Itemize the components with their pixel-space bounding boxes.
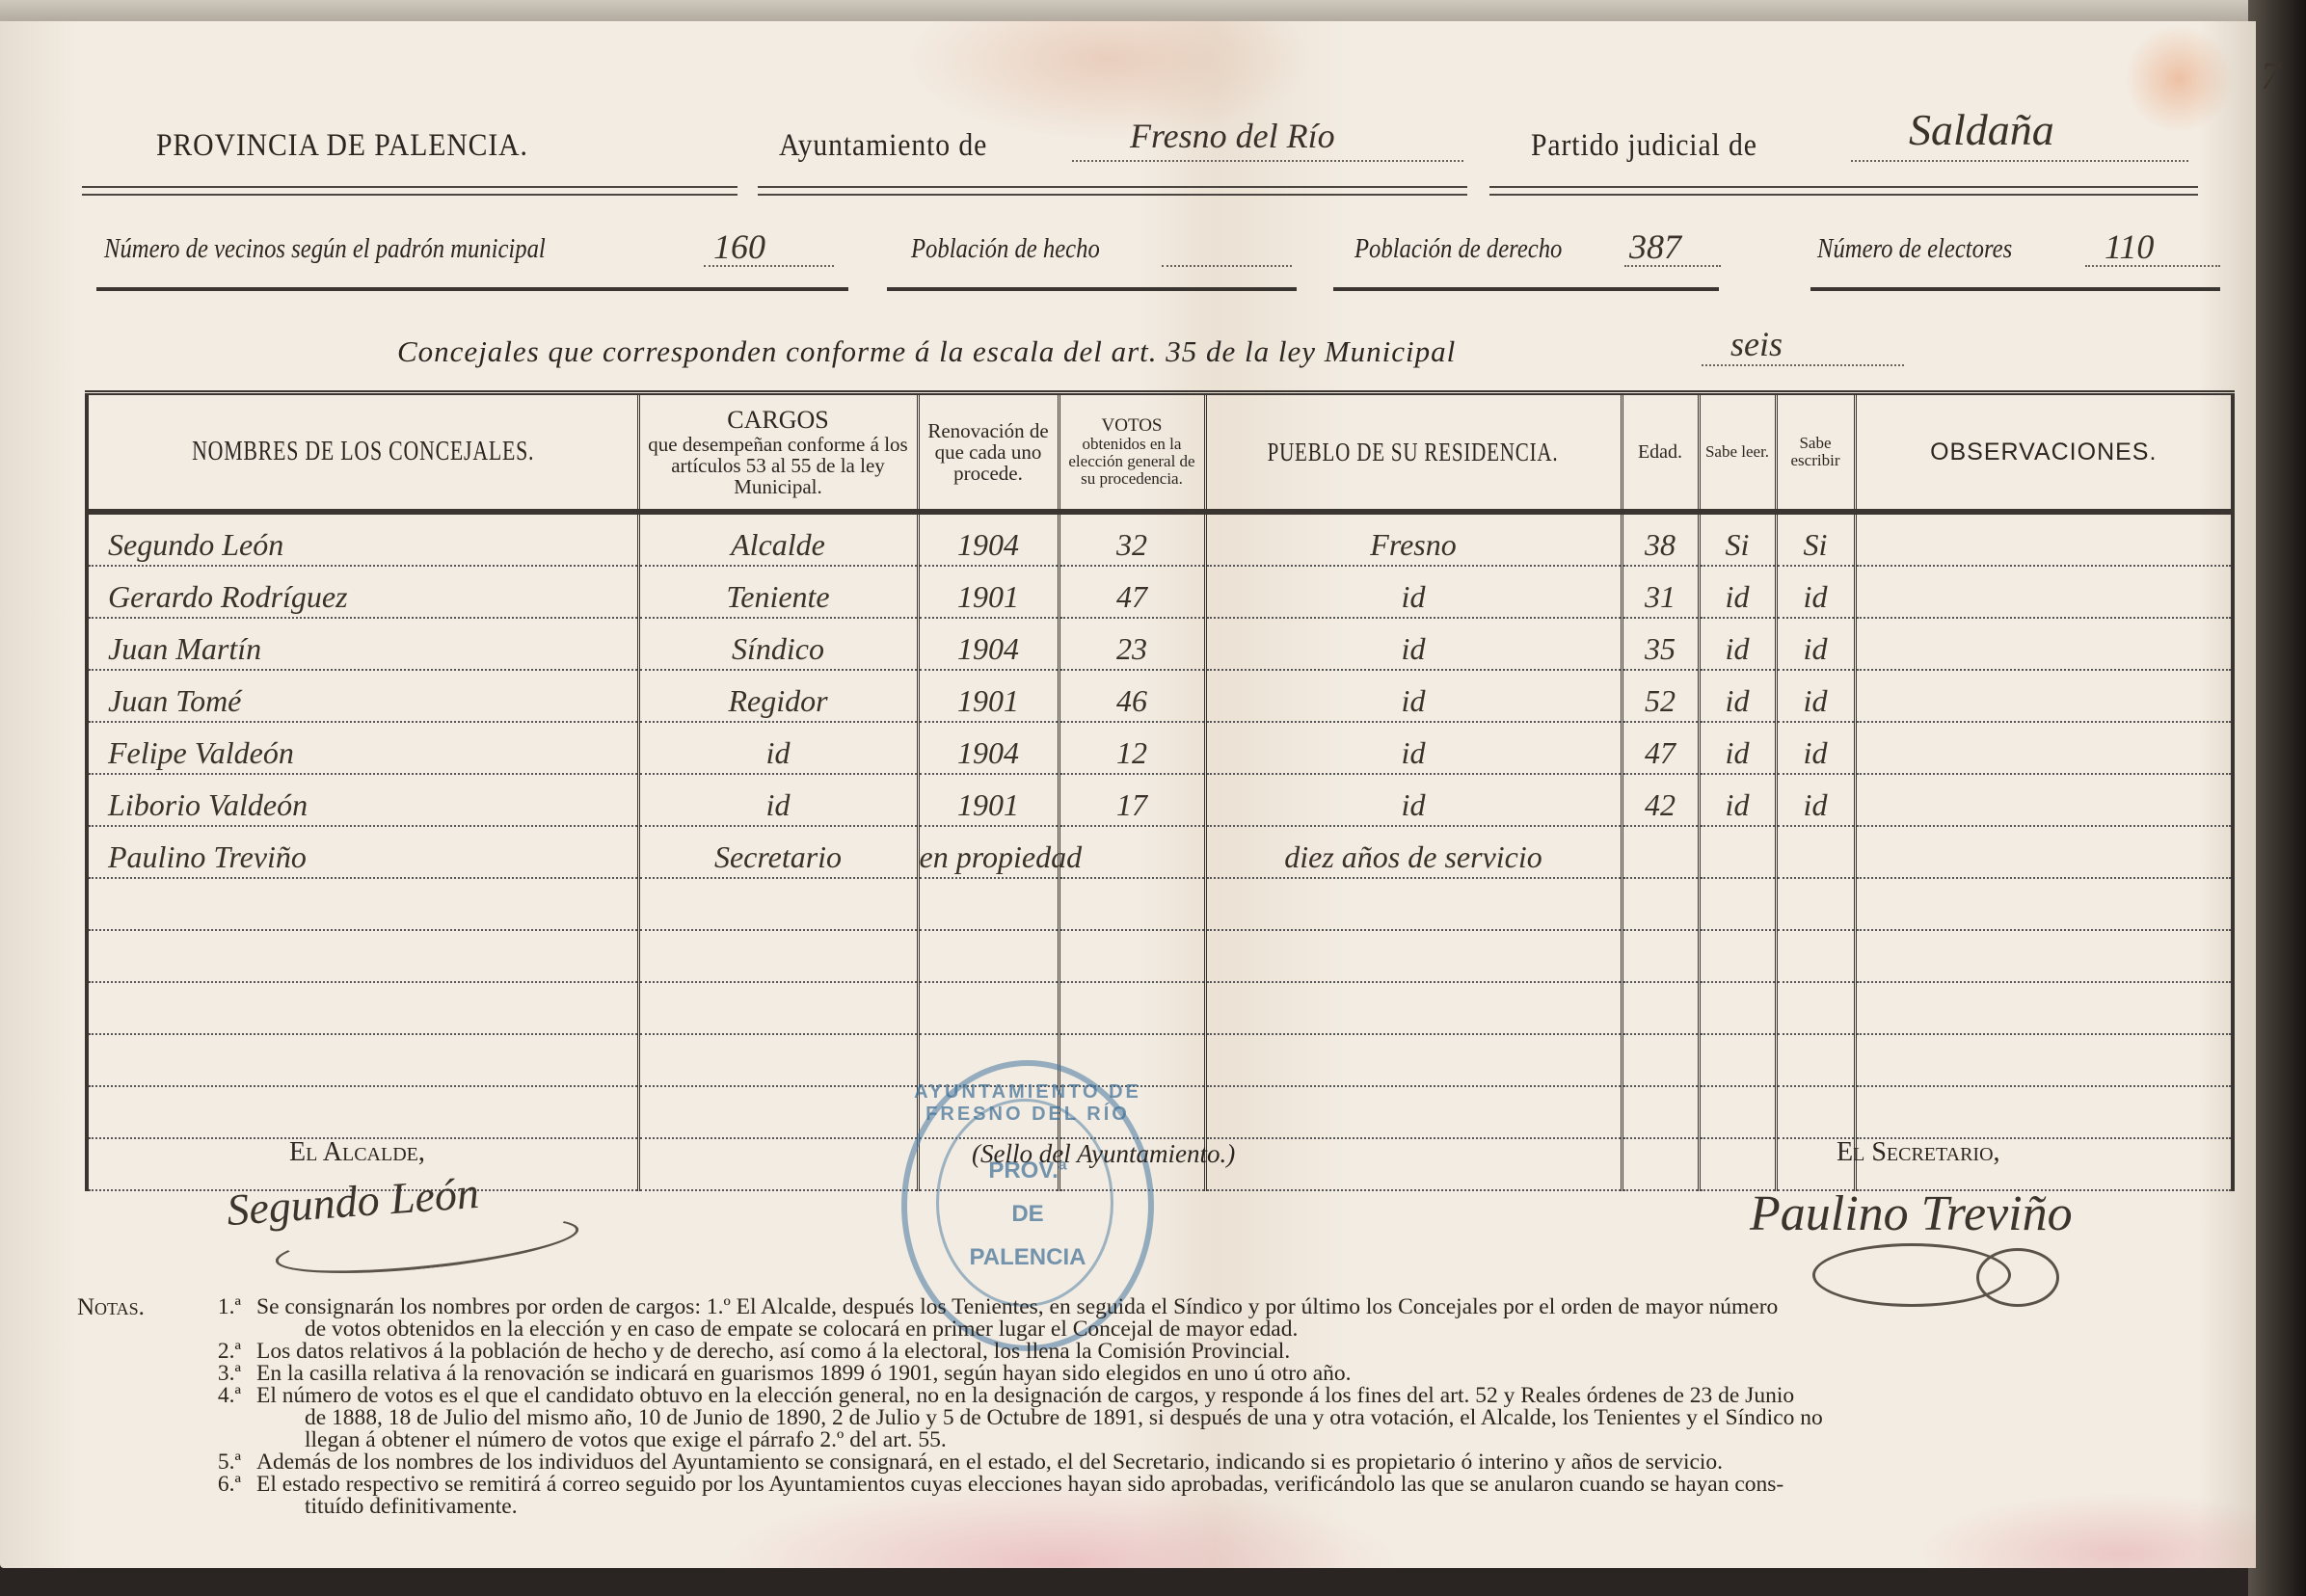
cell-votos[interactable]: 46 — [1059, 670, 1205, 722]
vecinos-label: Número de vecinos según el padrón munici… — [104, 233, 546, 265]
table-row: Juan ToméRegidor190146id52idid — [87, 670, 2233, 722]
hecho-field[interactable] — [1162, 234, 1292, 267]
cell-edad[interactable] — [1622, 878, 1699, 930]
note-line: 2.ªLos datos relativos á la población de… — [77, 1341, 2237, 1363]
table-row: Felipe Valdeónid190412id47idid — [87, 722, 2233, 774]
cell-obs[interactable] — [1855, 774, 2233, 826]
cell-pueblo[interactable] — [1205, 982, 1622, 1034]
note-number: 1.ª — [174, 1296, 256, 1318]
cell-escribir[interactable]: id — [1776, 618, 1855, 670]
cell-escribir[interactable] — [1776, 826, 1855, 878]
cell-escribir[interactable]: Si — [1776, 512, 1855, 566]
note-text: de 1888, 18 de Julio del mismo año, 10 d… — [256, 1407, 2237, 1429]
cell-cargo[interactable]: Síndico — [638, 618, 918, 670]
cell-cargo[interactable]: id — [638, 722, 918, 774]
rule — [758, 186, 1467, 196]
cell-edad[interactable]: 38 — [1622, 512, 1699, 566]
cell-pueblo[interactable]: id — [1205, 774, 1622, 826]
cell-nombre[interactable]: Juan Martín — [87, 618, 638, 670]
electores-value: 110 — [2105, 226, 2154, 267]
note-text: Los datos relativos á la población de he… — [256, 1341, 2237, 1363]
concejales-table: NOMBRES DE LOS CONCEJALES. CARGOS que de… — [85, 390, 2235, 1191]
cell-renovacion[interactable] — [918, 878, 1059, 930]
page-number: 7 — [2261, 53, 2280, 98]
note-text: Además de los nombres de los individuos … — [256, 1451, 2237, 1474]
cell-edad[interactable] — [1622, 1138, 1699, 1190]
rule — [887, 287, 1297, 291]
cell-obs[interactable] — [1855, 618, 2233, 670]
cell-votos[interactable]: 23 — [1059, 618, 1205, 670]
electores-field[interactable]: 110 — [2085, 234, 2220, 267]
cell-nombre[interactable]: Liborio Valdeón — [87, 774, 638, 826]
note-number: 4.ª — [174, 1385, 256, 1407]
cell-renovacion[interactable]: 1904 — [918, 722, 1059, 774]
cell-obs[interactable] — [1855, 722, 2233, 774]
partido-label: Partido judicial de — [1531, 128, 1757, 164]
col-header-sabe-leer: Sabe leer. — [1699, 393, 1776, 513]
cell-renovacion[interactable]: 1901 — [918, 566, 1059, 618]
rule — [96, 287, 848, 291]
table-row: Juan MartínSíndico190423id35idid — [87, 618, 2233, 670]
col-header-observaciones: OBSERVACIONES. — [1855, 393, 2233, 513]
cell-pueblo[interactable]: Fresno — [1205, 512, 1622, 566]
cell-pueblo[interactable]: id — [1205, 618, 1622, 670]
cell-escribir[interactable] — [1776, 1034, 1855, 1086]
cell-leer[interactable] — [1699, 1034, 1776, 1086]
cell-renovacion[interactable]: 1904 — [918, 618, 1059, 670]
note-text: Se consignarán los nombres por orden de … — [256, 1296, 2237, 1318]
cell-leer[interactable]: id — [1699, 618, 1776, 670]
concejales-value: seis — [1730, 324, 1783, 364]
table-row: Segundo LeónAlcalde190432Fresno38SiSi — [87, 512, 2233, 566]
cell-edad[interactable]: 47 — [1622, 722, 1699, 774]
cell-cargo[interactable] — [638, 930, 918, 982]
cell-edad[interactable]: 31 — [1622, 566, 1699, 618]
cell-edad[interactable]: 42 — [1622, 774, 1699, 826]
cell-obs[interactable] — [1855, 982, 2233, 1034]
col-header-nombres: NOMBRES DE LOS CONCEJALES. — [87, 393, 638, 513]
cell-edad[interactable] — [1622, 1086, 1699, 1138]
ayuntamiento-value: Fresno del Río — [1130, 116, 1335, 156]
cell-votos[interactable] — [1059, 982, 1205, 1034]
table-row — [87, 930, 2233, 982]
vecinos-value: 160 — [713, 226, 765, 267]
note-line: 6.ªEl estado respectivo se remitirá á co… — [77, 1474, 2237, 1496]
partido-field[interactable]: Saldaña — [1851, 121, 2188, 162]
cell-cargo[interactable] — [638, 1034, 918, 1086]
cell-edad[interactable]: 52 — [1622, 670, 1699, 722]
cell-obs[interactable] — [1855, 566, 2233, 618]
cell-pueblo[interactable] — [1205, 930, 1622, 982]
cell-nombre[interactable] — [87, 930, 638, 982]
note-number: 6.ª — [174, 1474, 256, 1496]
cell-edad[interactable] — [1622, 1034, 1699, 1086]
table-row — [87, 1034, 2233, 1086]
cell-pueblo[interactable]: id — [1205, 566, 1622, 618]
book-spine — [2248, 0, 2306, 1596]
electores-label: Número de electores — [1817, 233, 2012, 265]
note-line: llegan á obtener el número de votos que … — [77, 1429, 2237, 1451]
cell-nombre[interactable] — [87, 878, 638, 930]
cell-votos[interactable]: 32 — [1059, 512, 1205, 566]
concejales-field[interactable]: seis — [1702, 337, 1904, 366]
derecho-value: 387 — [1629, 226, 1681, 267]
cell-leer[interactable]: Si — [1699, 512, 1776, 566]
cell-obs[interactable] — [1855, 826, 2233, 878]
note-line: de 1888, 18 de Julio del mismo año, 10 d… — [77, 1407, 2237, 1429]
cell-obs[interactable] — [1855, 1086, 2233, 1138]
cell-obs[interactable] — [1855, 878, 2233, 930]
ayuntamiento-field[interactable]: Fresno del Río — [1072, 121, 1463, 162]
note-text: En la casilla relativa á la renovación s… — [256, 1363, 2237, 1385]
cell-votos[interactable]: 47 — [1059, 566, 1205, 618]
note-number: 3.ª — [174, 1363, 256, 1385]
concejales-label: Concejales que corresponden conforme á l… — [397, 334, 1456, 369]
cell-leer[interactable] — [1699, 1086, 1776, 1138]
note-text: El estado respectivo se remitirá á corre… — [256, 1474, 2237, 1496]
ayuntamiento-label: Ayuntamiento de — [779, 128, 987, 164]
cell-cargo[interactable] — [638, 1086, 918, 1138]
hecho-label: Población de hecho — [911, 233, 1100, 265]
derecho-label: Población de derecho — [1354, 233, 1562, 265]
cell-nombre[interactable]: Gerardo Rodríguez — [87, 566, 638, 618]
cell-cargo[interactable] — [638, 982, 918, 1034]
rule — [1489, 186, 2198, 196]
table-row — [87, 1086, 2233, 1138]
cell-obs[interactable] — [1855, 512, 2233, 566]
cell-nombre[interactable] — [87, 982, 638, 1034]
note-line: Notas.1.ªSe consignarán los nombres por … — [77, 1296, 2237, 1318]
secretario-label: El Secretario, — [1837, 1137, 2000, 1168]
sello-label: (Sello del Ayuntamiento.) — [972, 1139, 1235, 1169]
note-line: tituído definitivamente. — [77, 1496, 2237, 1518]
cell-cargo[interactable]: Secretario — [638, 826, 918, 878]
cell-leer[interactable]: id — [1699, 566, 1776, 618]
cell-leer[interactable] — [1699, 826, 1776, 878]
cell-votos[interactable]: 12 — [1059, 722, 1205, 774]
cell-escribir[interactable] — [1776, 878, 1855, 930]
note-text: tituído definitivamente. — [256, 1496, 2237, 1518]
vecinos-field[interactable]: 160 — [704, 234, 834, 267]
cell-renovacion[interactable]: en propiedad — [918, 826, 1059, 878]
note-number: 5.ª — [174, 1451, 256, 1474]
note-line: 3.ªEn la casilla relativa á la renovació… — [77, 1363, 2237, 1385]
cell-nombre[interactable] — [87, 1034, 638, 1086]
cell-renovacion[interactable]: 1901 — [918, 774, 1059, 826]
cell-pueblo[interactable]: id — [1205, 670, 1622, 722]
table-header-row: NOMBRES DE LOS CONCEJALES. CARGOS que de… — [87, 393, 2233, 513]
cell-renovacion[interactable] — [918, 982, 1059, 1034]
cell-obs[interactable] — [1855, 1034, 2233, 1086]
cell-votos[interactable]: 17 — [1059, 774, 1205, 826]
cell-nombre[interactable]: Segundo León — [87, 512, 638, 566]
cell-escribir[interactable]: id — [1776, 722, 1855, 774]
cell-escribir[interactable] — [1776, 930, 1855, 982]
cell-escribir[interactable]: id — [1776, 670, 1855, 722]
cell-obs[interactable] — [1855, 670, 2233, 722]
cell-escribir[interactable]: id — [1776, 566, 1855, 618]
col-header-cargos: CARGOS que desempeñan conforme á los art… — [638, 393, 918, 513]
table-row: Paulino TreviñoSecretarioen propiedaddie… — [87, 826, 2233, 878]
cell-cargo[interactable]: Regidor — [638, 670, 918, 722]
note-text: de votos obtenidos en la elección y en c… — [256, 1318, 2237, 1341]
cell-escribir[interactable] — [1776, 982, 1855, 1034]
notes-label: Notas. — [77, 1296, 174, 1318]
table-row: Gerardo RodríguezTeniente190147id31idid — [87, 566, 2233, 618]
cell-pueblo[interactable]: id — [1205, 722, 1622, 774]
cell-escribir[interactable]: id — [1776, 774, 1855, 826]
table-row — [87, 982, 2233, 1034]
cell-nombre[interactable] — [87, 1086, 638, 1138]
cell-leer[interactable]: id — [1699, 670, 1776, 722]
alcalde-label: El Alcalde, — [289, 1137, 425, 1168]
cell-pueblo[interactable] — [1205, 1086, 1622, 1138]
cell-edad[interactable] — [1622, 982, 1699, 1034]
cell-edad[interactable] — [1622, 930, 1699, 982]
cell-edad[interactable] — [1622, 826, 1699, 878]
province-title: PROVINCIA DE PALENCIA. — [156, 128, 528, 164]
note-line: 4.ªEl número de votos es el que el candi… — [77, 1385, 2237, 1407]
rule — [82, 186, 737, 196]
col-header-votos: VOTOS obtenidos en la elección general d… — [1059, 393, 1205, 513]
rule — [1810, 287, 2220, 291]
cell-renovacion[interactable]: 1904 — [918, 512, 1059, 566]
cell-pueblo[interactable] — [1205, 1034, 1622, 1086]
cell-leer[interactable]: id — [1699, 774, 1776, 826]
cell-escribir[interactable] — [1776, 1086, 1855, 1138]
cell-leer[interactable] — [1699, 1138, 1776, 1190]
partido-value: Saldaña — [1909, 104, 2054, 155]
secretario-signature: Paulino Treviño — [1750, 1185, 2073, 1242]
cell-pueblo[interactable] — [1205, 878, 1622, 930]
cell-cargo[interactable]: Alcalde — [638, 512, 918, 566]
note-number: 2.ª — [174, 1341, 256, 1363]
note-line: de votos obtenidos en la elección y en c… — [77, 1318, 2237, 1341]
table-row: Liborio Valdeónid190117id42idid — [87, 774, 2233, 826]
notes-section: Notas.1.ªSe consignarán los nombres por … — [77, 1296, 2237, 1518]
cell-pueblo[interactable] — [1205, 1138, 1622, 1190]
cell-cargo[interactable] — [638, 878, 918, 930]
derecho-field[interactable]: 387 — [1624, 234, 1721, 267]
col-header-renovacion: Renovación de que cada uno procede. — [918, 393, 1059, 513]
rule — [1333, 287, 1719, 291]
cell-renovacion[interactable]: 1901 — [918, 670, 1059, 722]
cell-edad[interactable]: 35 — [1622, 618, 1699, 670]
cell-renovacion[interactable] — [918, 930, 1059, 982]
note-line: 5.ªAdemás de los nombres de los individu… — [77, 1451, 2237, 1474]
cell-nombre[interactable]: Juan Tomé — [87, 670, 638, 722]
note-text: El número de votos es el que el candidat… — [256, 1385, 2237, 1407]
cell-cargo[interactable] — [638, 1138, 918, 1190]
cell-pueblo[interactable]: diez años de servicio — [1205, 826, 1622, 878]
col-header-pueblo: PUEBLO DE SU RESIDENCIA. — [1205, 393, 1622, 513]
cell-cargo[interactable]: Teniente — [638, 566, 918, 618]
cell-leer[interactable] — [1699, 982, 1776, 1034]
cell-leer[interactable] — [1699, 930, 1776, 982]
col-header-edad: Edad. — [1622, 393, 1699, 513]
col-header-sabe-escribir: Sabe escribir — [1776, 393, 1855, 513]
cell-leer[interactable] — [1699, 878, 1776, 930]
cell-nombre[interactable]: Felipe Valdeón — [87, 722, 638, 774]
cell-votos[interactable] — [1059, 878, 1205, 930]
cell-leer[interactable]: id — [1699, 722, 1776, 774]
cell-obs[interactable] — [1855, 930, 2233, 982]
cell-cargo[interactable]: id — [638, 774, 918, 826]
cell-nombre[interactable]: Paulino Treviño — [87, 826, 638, 878]
table-row — [87, 878, 2233, 930]
note-text: llegan á obtener el número de votos que … — [256, 1429, 2237, 1451]
cell-votos[interactable] — [1059, 930, 1205, 982]
